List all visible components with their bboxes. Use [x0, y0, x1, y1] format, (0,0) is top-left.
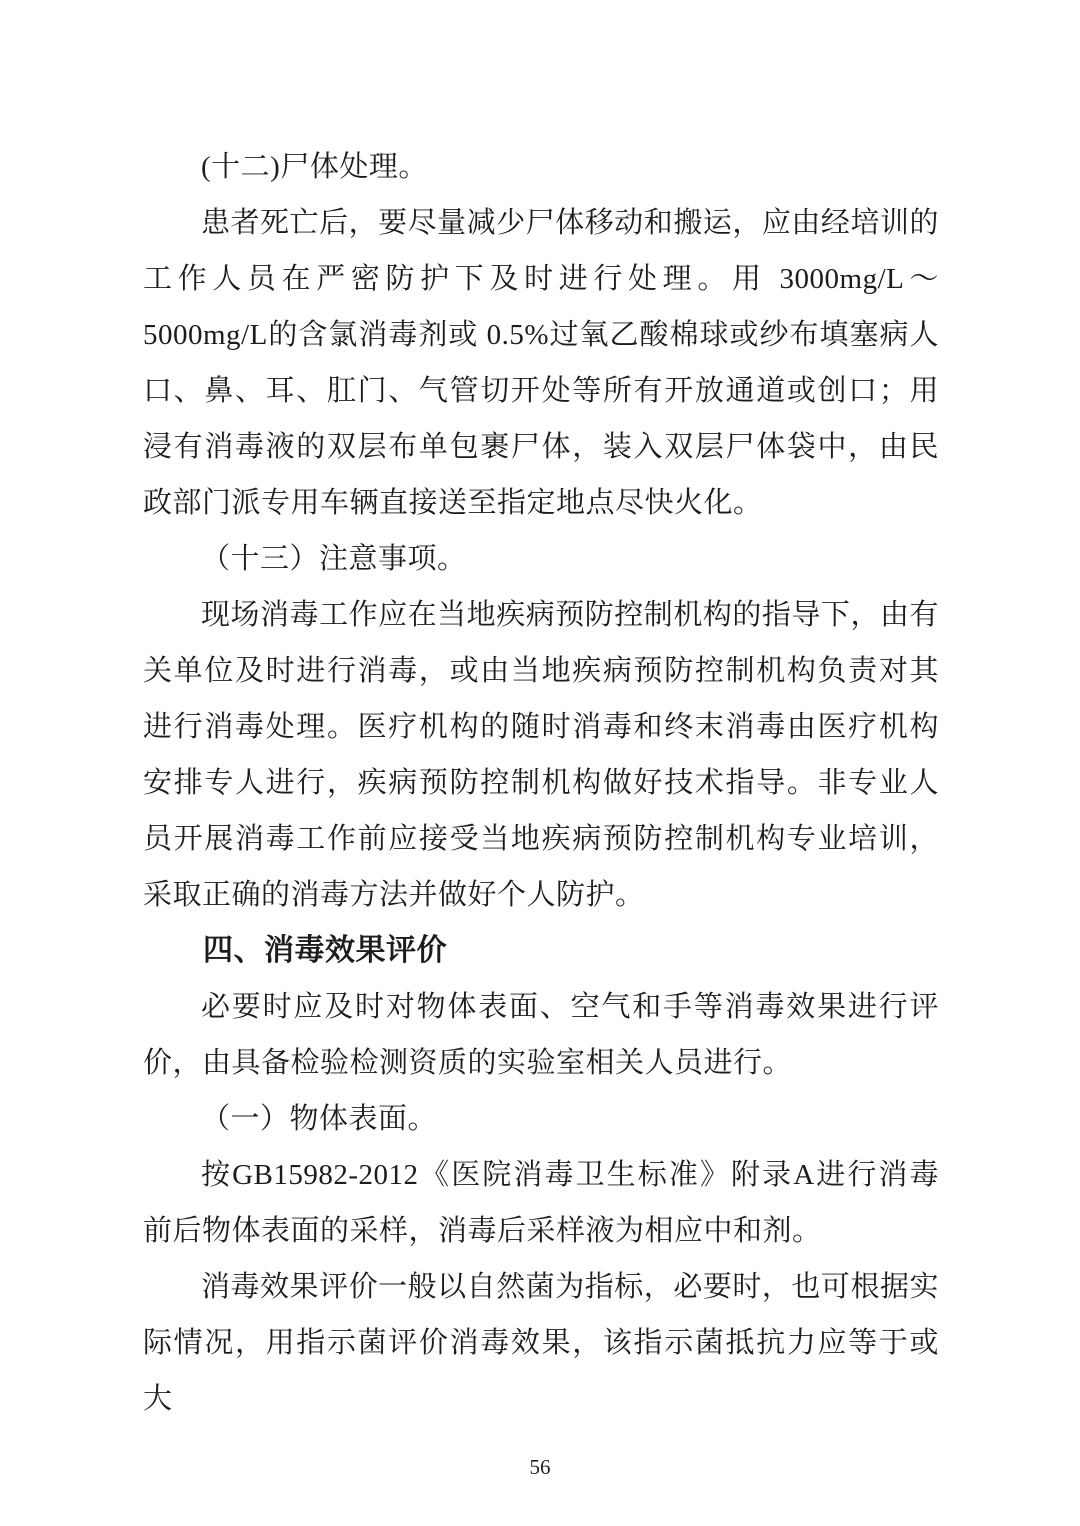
paragraph-corpse-handling: 患者死亡后，要尽量减少尸体移动和搬运，应由经培训的工作人员在严密防护下及时进行处… — [143, 195, 939, 531]
chapter-heading-disinfection-evaluation: 四、消毒效果评价 — [143, 923, 939, 979]
document-content: (十二)尸体处理。 患者死亡后，要尽量减少尸体移动和搬运，应由经培训的工作人员在… — [143, 139, 939, 1427]
paragraph-sampling-standard: 按GB15982-2012《医院消毒卫生标准》附录A进行消毒前后物体表面的采样，… — [143, 1147, 939, 1259]
paragraph-indicator-bacteria: 消毒效果评价一般以自然菌为指标，必要时，也可根据实际情况，用指示菌评价消毒效果，… — [143, 1259, 939, 1427]
document-page: (十二)尸体处理。 患者死亡后，要尽量减少尸体移动和搬运，应由经培训的工作人员在… — [0, 0, 1080, 1526]
paragraph-evaluation-intro: 必要时应及时对物体表面、空气和手等消毒效果进行评价，由具备检验检测资质的实验室相… — [143, 979, 939, 1091]
page-number: 56 — [0, 1455, 1080, 1480]
section-heading-corpse-handling: (十二)尸体处理。 — [143, 139, 939, 195]
section-heading-object-surface: （一）物体表面。 — [143, 1091, 939, 1147]
section-heading-precautions: （十三）注意事项。 — [143, 531, 939, 587]
paragraph-precautions: 现场消毒工作应在当地疾病预防控制机构的指导下，由有关单位及时进行消毒，或由当地疾… — [143, 587, 939, 923]
